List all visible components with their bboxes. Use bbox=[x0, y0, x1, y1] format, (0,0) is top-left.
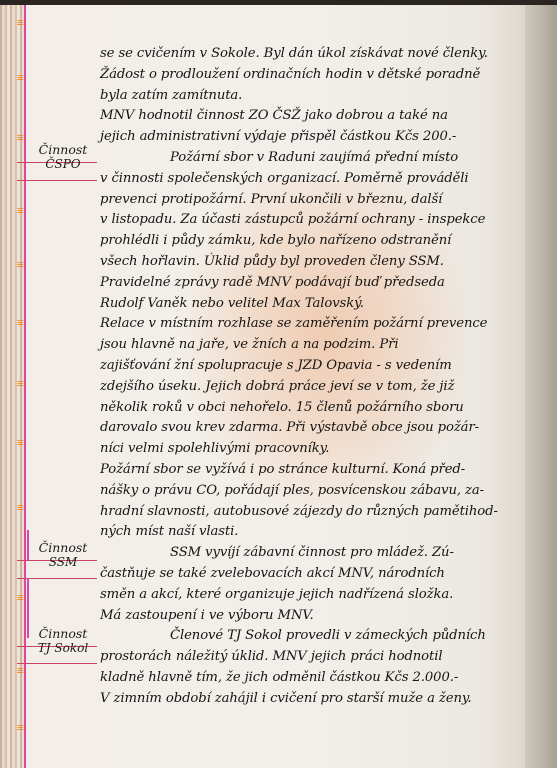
margin-rule bbox=[17, 578, 97, 579]
text-line: Pravidelné zprávy radě MNV podávají buď … bbox=[100, 273, 532, 294]
binding-stitch: ≡ bbox=[17, 75, 25, 97]
text-line: prohlédli i půdy zámku, kde bylo nařízen… bbox=[100, 231, 532, 252]
binding-stitch: ≡ bbox=[17, 135, 25, 157]
binding-stitch: ≡ bbox=[17, 20, 25, 42]
text-line: Požární sbor se vyžívá i po stránce kult… bbox=[100, 460, 532, 481]
text-line: zdejšího úseku. Jejich dobrá práce jeví … bbox=[100, 377, 532, 398]
text-line: Rudolf Vaněk nebo velitel Max Talovský. bbox=[100, 294, 532, 315]
text-line: SSM vyvíjí zábavní činnost pro mládež. Z… bbox=[100, 543, 532, 564]
text-line: častňuje se také zvelebovacích akcí MNV,… bbox=[100, 564, 532, 585]
margin-label-subtitle: SSM bbox=[32, 555, 94, 569]
text-line: ných míst naší vlasti. bbox=[100, 522, 532, 543]
text-line: MNV hodnotil činnost ZO ČSŽ jako dobrou … bbox=[100, 106, 532, 127]
text-line: Žádost o prodloužení ordinačních hodin v… bbox=[100, 65, 532, 86]
text-line: jejich administrativní výdaje přispěl čá… bbox=[100, 127, 532, 148]
text-line: několik roků v obci nehořelo. 15 členů p… bbox=[100, 398, 532, 419]
text-line: jsou hlavně na jaře, ve žních a na podzi… bbox=[100, 335, 532, 356]
text-line: v listopadu. Za účasti zástupců požární … bbox=[100, 210, 532, 231]
text-line: zajišťování žní spolupracuje s JZD Opavi… bbox=[100, 356, 532, 377]
margin-rule bbox=[17, 663, 97, 664]
binding-stitch: ≡ bbox=[17, 505, 25, 527]
margin-label-cspo: Činnost ČSPO bbox=[32, 143, 94, 171]
binding-stitch: ≡ bbox=[17, 262, 25, 284]
text-line: V zimním období zahájil i cvičení pro st… bbox=[100, 689, 532, 710]
margin-label-subtitle: TJ Sokol bbox=[32, 641, 94, 655]
margin-label-ssm: Činnost SSM bbox=[32, 541, 94, 569]
binding-stitch: ≡ bbox=[17, 668, 25, 690]
binding-stitch: ≡ bbox=[17, 440, 25, 462]
text-line: kladně hlavně tím, že jich odměnil částk… bbox=[100, 668, 532, 689]
margin-vrule bbox=[27, 578, 29, 638]
margin-label-title: Činnost bbox=[39, 626, 88, 641]
binding-stitch: ≡ bbox=[17, 320, 25, 342]
binding-stitch: ≡ bbox=[17, 381, 25, 403]
text-line: Relace v místním rozhlase se zaměřením p… bbox=[100, 314, 532, 335]
text-line: prostorách náležitý úklid. MNV jejich pr… bbox=[100, 647, 532, 668]
margin-rule bbox=[17, 180, 97, 181]
text-line: Má zastoupení i ve výboru MNV. bbox=[100, 606, 532, 627]
margin-label-subtitle: ČSPO bbox=[32, 157, 94, 171]
text-line: směn a akcí, které organizuje jejich nad… bbox=[100, 585, 532, 606]
margin-label-title: Činnost bbox=[39, 540, 88, 555]
text-line: darovalo svou krev zdarma. Při výstavbě … bbox=[100, 418, 532, 439]
text-line: prevenci protipožární. První ukončili v … bbox=[100, 190, 532, 211]
text-line: hradní slavnosti, autobusové zájezdy do … bbox=[100, 502, 532, 523]
text-line: Požární sbor v Raduni zaujímá přední mís… bbox=[100, 148, 532, 169]
text-line: níci velmi spolehlivými pracovníky. bbox=[100, 439, 532, 460]
text-line: nášky o právu CO, pořádají ples, posvíce… bbox=[100, 481, 532, 502]
text-line: všech hořlavin. Úklid půdy byl proveden … bbox=[100, 252, 532, 273]
handwritten-text-body: se se cvičením v Sokole. Byl dán úkol zí… bbox=[100, 44, 532, 710]
text-line: byla zatím zamítnuta. bbox=[100, 86, 532, 107]
margin-label-tj-sokol: Činnost TJ Sokol bbox=[32, 627, 94, 655]
binding-stitch: ≡ bbox=[17, 725, 25, 747]
text-line: Členové TJ Sokol provedli v zámeckých pů… bbox=[100, 626, 532, 647]
margin-label-title: Činnost bbox=[39, 142, 88, 157]
text-line: v činnosti společenských organizací. Pom… bbox=[100, 169, 532, 190]
text-line: se se cvičením v Sokole. Byl dán úkol zí… bbox=[100, 44, 532, 65]
binding-stitch: ≡ bbox=[17, 595, 25, 617]
margin-vrule bbox=[27, 530, 29, 560]
binding-stitch: ≡ bbox=[17, 208, 25, 230]
